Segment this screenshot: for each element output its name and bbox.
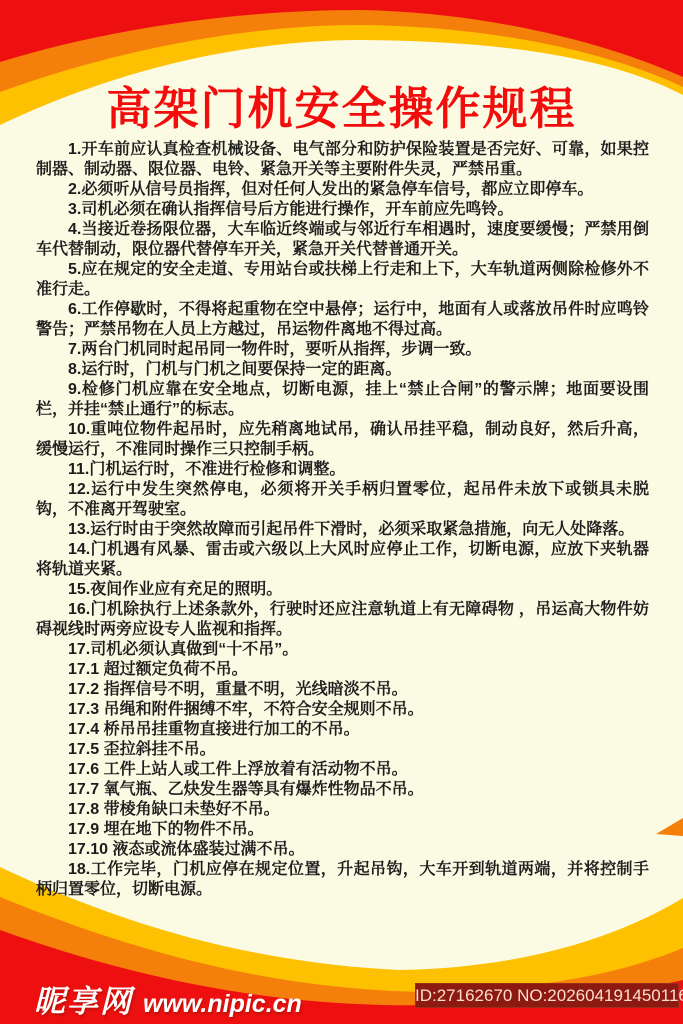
rule-item: 17.8 带棱角缺口未垫好不吊。: [36, 800, 649, 820]
image-id-badge: ID:27162670 NO:20260419145011696102: [415, 983, 679, 1008]
rule-item: 17.10 液态或流体盛装过满不吊。: [36, 840, 649, 860]
rule-item: 17.5 歪拉斜挂不吊。: [36, 740, 649, 760]
rule-item: 2.必须听从信号员指挥，但对任何人发出的紧急停车信号，都应立即停车。: [36, 180, 649, 200]
rule-item: 15.夜间作业应有充足的照明。: [36, 580, 649, 600]
rule-item: 3.司机必须在确认指挥信号后方能进行操作，开车前应先鸣铃。: [36, 200, 649, 220]
rule-item: 17.6 工件上站人或工件上浮放着有活动物不吊。: [36, 760, 649, 780]
rule-item: 17.9 埋在地下的物件不吊。: [36, 820, 649, 840]
rule-item: 7.两台门机同时起吊同一物件时，要听从指挥，步调一致。: [36, 340, 649, 360]
rule-item: 13.运行时由于突然故障而引起吊件下滑时，必须采取紧急措施，向无人处降落。: [36, 520, 649, 540]
rule-item: 11.门机运行时，不准进行检修和调整。: [36, 460, 649, 480]
safety-procedure-poster: 高架门机安全操作规程 1.开车前应认真检查机械设备、电气部分和防护保险装置是否完…: [0, 0, 683, 1024]
rule-item: 8.运行时，门机与门机之间要保持一定的距离。: [36, 360, 649, 380]
rule-item: 12.运行中发生突然停电，必须将开关手柄归置零位，起吊件未放下或锁具未脱钩，不准…: [36, 480, 649, 520]
rule-item: 17.4 桥吊吊挂重物直接进行加工的不吊。: [36, 720, 649, 740]
rule-item: 14.门机遇有风暴、雷击或六级以上大风时应停止工作，切断电源，应放下夹轨器将轨道…: [36, 540, 649, 580]
rule-item: 16.门机除执行上述条款外，行驶时还应注意轨道上有无障碍物 ，吊运高大物件妨碍视…: [36, 600, 649, 640]
page-title: 高架门机安全操作规程: [0, 72, 683, 137]
rule-item: 17.7 氧气瓶、乙炔发生器等具有爆炸性物品不吊。: [36, 780, 649, 800]
site-watermark: 昵享网 www.nipic.cn: [34, 976, 302, 1021]
rule-item: 17.3 吊绳和附件捆缚不牢，不符合安全规则不吊。: [36, 700, 649, 720]
rule-item: 5.应在规定的安全走道、专用站台或扶梯上行走和上下，大车轨道两侧除检修外不准行走…: [36, 260, 649, 300]
rules-list: 1.开车前应认真检查机械设备、电气部分和防护保险装置是否完好、可靠，如果控制器、…: [36, 140, 649, 900]
rule-item: 1.开车前应认真检查机械设备、电气部分和防护保险装置是否完好、可靠，如果控制器、…: [36, 140, 649, 180]
rule-item: 9.检修门机应靠在安全地点，切断电源，挂上“禁止合闸”的警示牌；地面要设围栏，并…: [36, 380, 649, 420]
rule-item: 17.1 超过额定负荷不吊。: [36, 660, 649, 680]
rule-item: 6.工作停歇时，不得将起重物在空中悬停；运行中，地面有人或落放吊件时应鸣铃警告；…: [36, 300, 649, 340]
rule-item: 17.司机必须认真做到“十不吊”。: [36, 640, 649, 660]
site-logo: 昵享网: [34, 976, 133, 1021]
rule-item: 10.重吨位物件起吊时，应先稍离地试吊，确认吊挂平稳，制动良好，然后升高，缓慢运…: [36, 420, 649, 460]
site-url: www.nipic.cn: [143, 990, 302, 1019]
rule-item: 18.工作完毕，门机应停在规定位置，升起吊钩，大车开到轨道两端，并将控制手柄归置…: [36, 860, 649, 900]
rule-item: 4.当接近卷扬限位器，大车临近终端或与邻近行车相遇时，速度要缓慢；严禁用倒车代替…: [36, 220, 649, 260]
rule-item: 17.2 指挥信号不明，重量不明，光线暗淡不吊。: [36, 680, 649, 700]
